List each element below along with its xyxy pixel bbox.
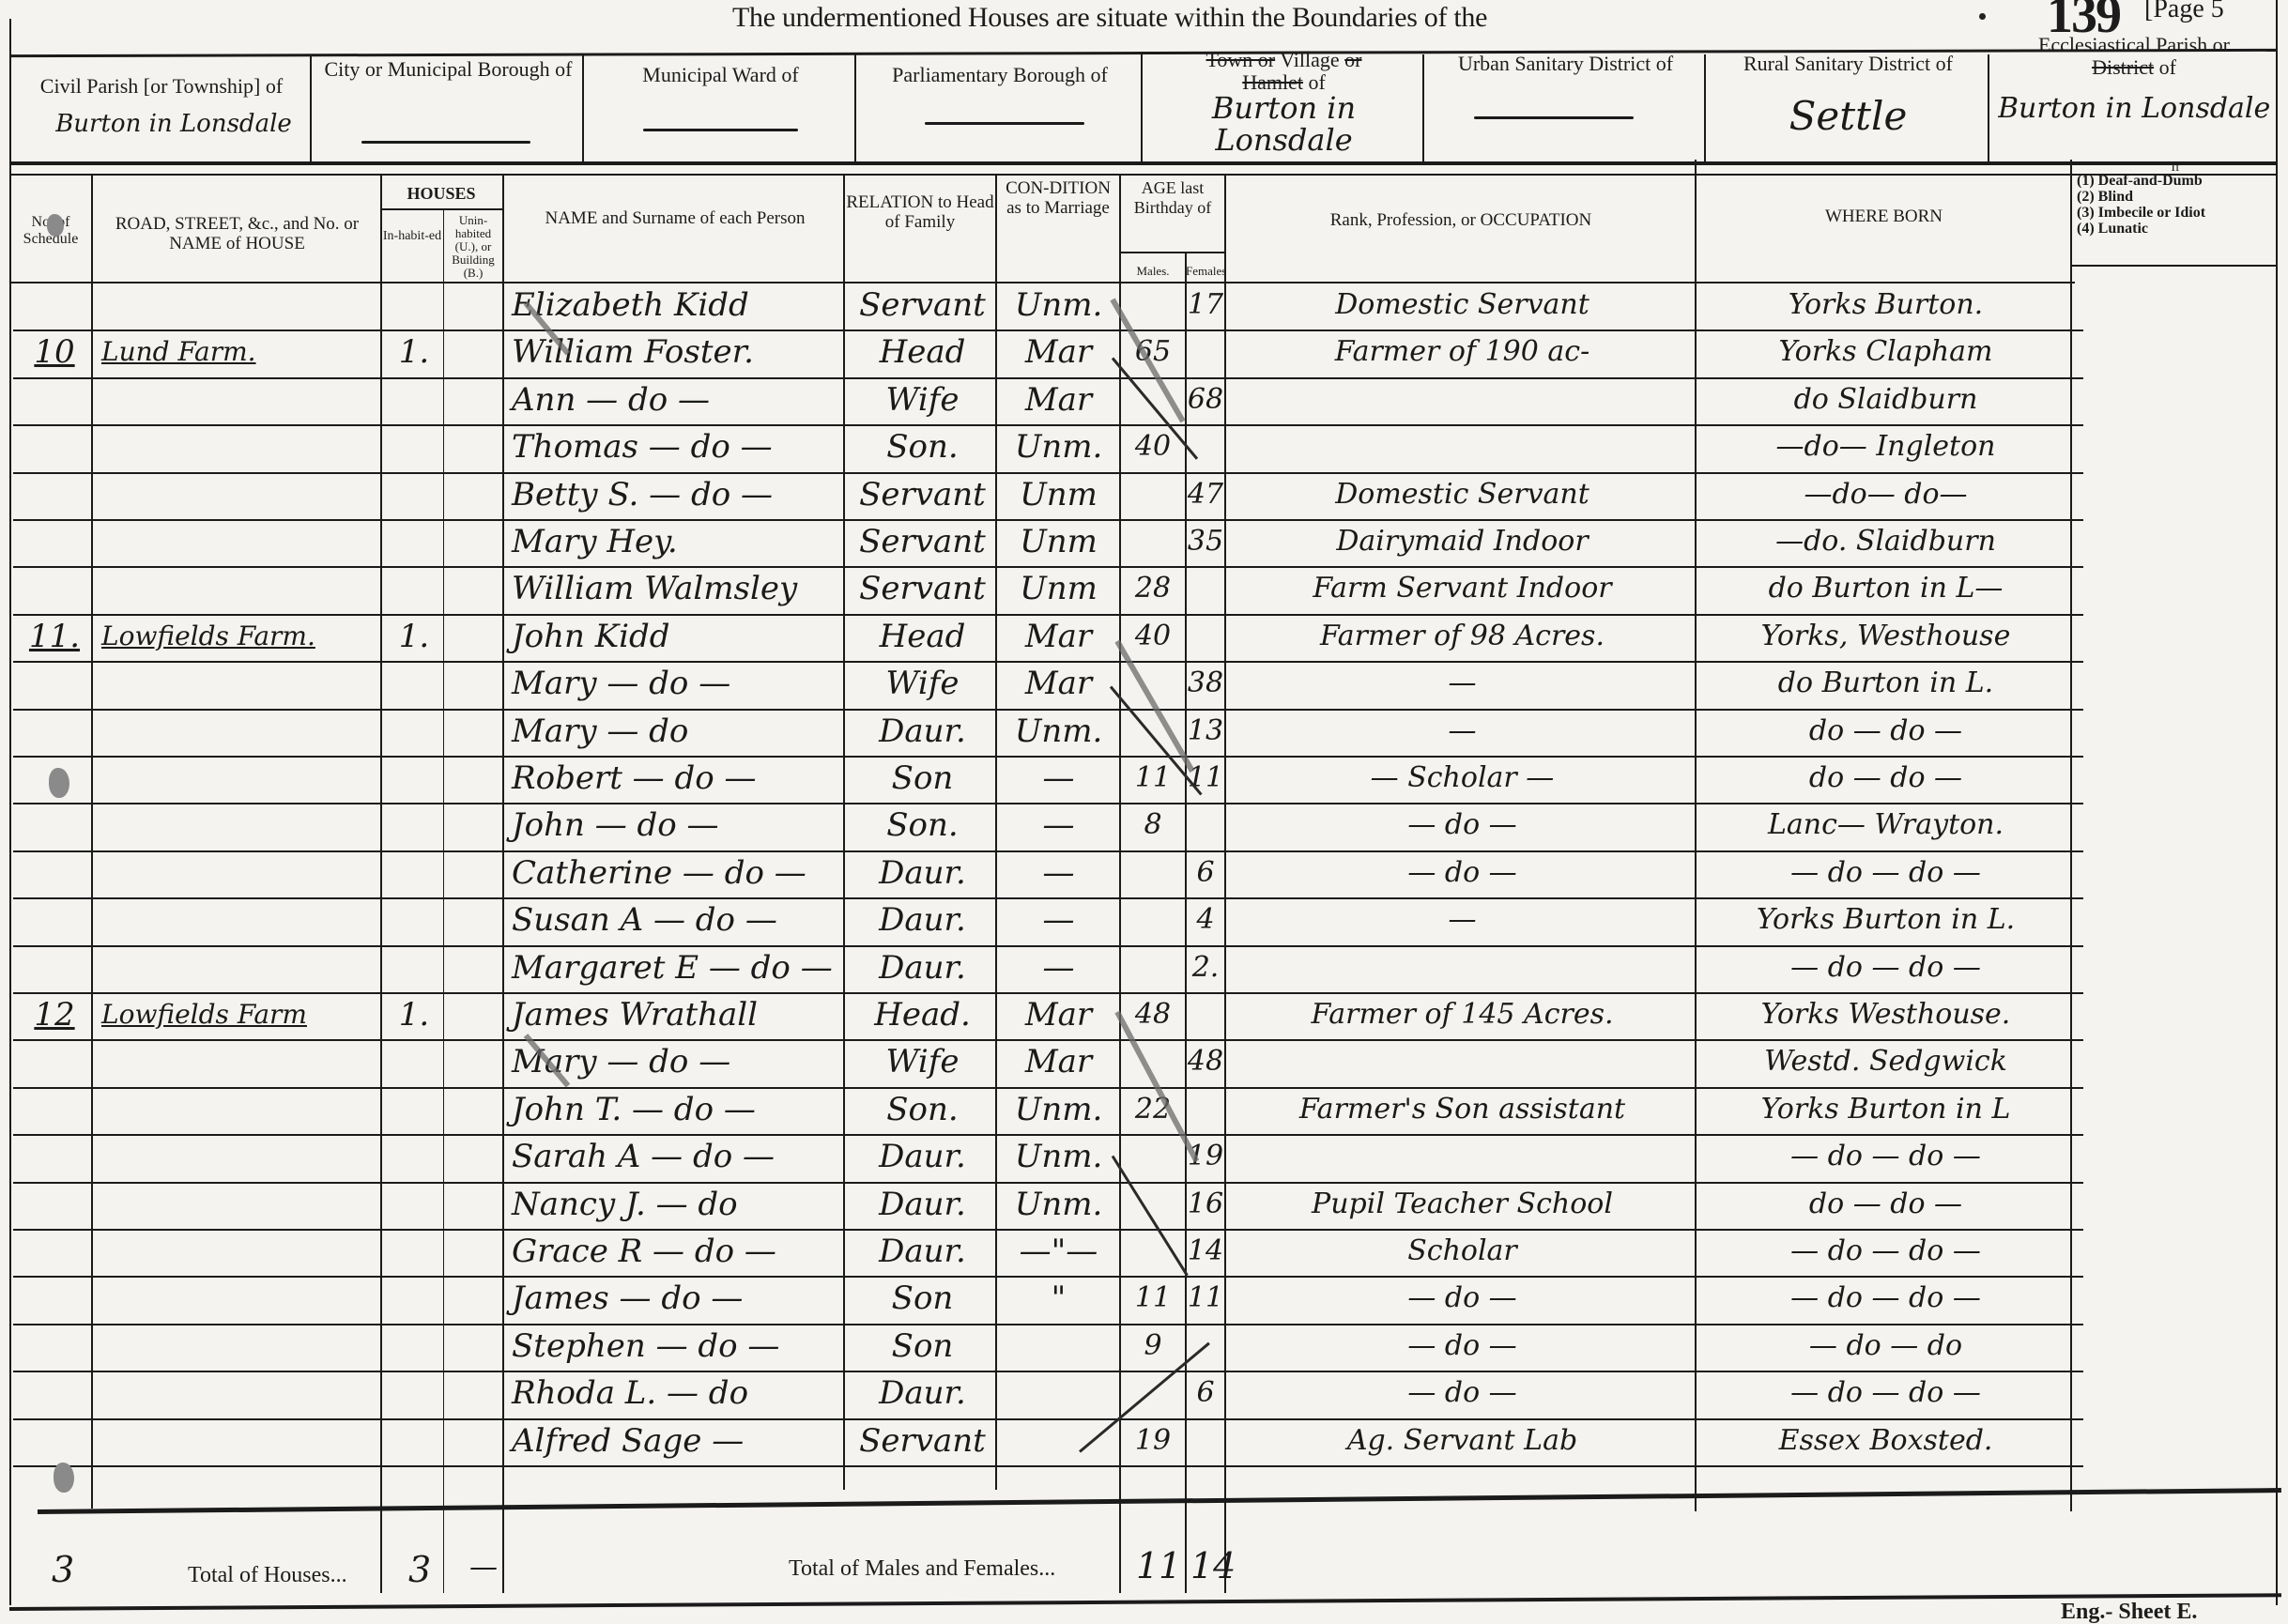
cell-condition: —"— (1000, 1234, 1117, 1268)
total-schedules: 3 (52, 1549, 74, 1590)
table-row: Sarah A — do —Daur.Unm.19— do — do — (0, 1138, 2288, 1175)
cell-male-age: 40 (1123, 620, 1183, 653)
header-bottom-rule (9, 282, 2075, 283)
census-sheet: The undermentioned Houses are situate wi… (0, 0, 2288, 1624)
cell-relation: Servant (850, 1424, 995, 1458)
row-rule (13, 519, 2083, 521)
cell-name: James — do — (512, 1281, 840, 1315)
col-header-road: ROAD, STREET, &c., and No. or NAME of HO… (94, 214, 380, 253)
table-row: Thomas — do —Son.Unm.40—do— Ingleton (0, 428, 2288, 466)
table-row: Stephen — do —Son9— do —— do — do (0, 1327, 2288, 1365)
header-top-rule (9, 174, 2276, 176)
col-header-name: NAME and Surname of each Person (507, 208, 843, 228)
cell-where-born: — do — do (1701, 1329, 2070, 1363)
row-rule (13, 1418, 2083, 1420)
row-rule (13, 424, 2083, 426)
col-header-infirmity: (1) Deaf-and-Dumb (2) Blind (3) Imbecile… (2077, 173, 2276, 237)
cell-condition: Mar (1000, 383, 1117, 417)
cell-relation: Son (850, 1281, 995, 1315)
cell-condition: Mar (1000, 666, 1117, 700)
municipal-ward-label: Municipal Ward of (587, 64, 854, 86)
infirmity-option: (1) Deaf-and-Dumb (2077, 173, 2276, 189)
cell-schedule: 12 (17, 998, 92, 1032)
table-row: Mary — doDaur.Unm.13—do — do — (0, 712, 2288, 750)
municipal-ward-value-dash (643, 129, 798, 131)
row-rule (13, 992, 2083, 994)
cell-male-age: 28 (1123, 572, 1183, 605)
row-rule (13, 803, 2083, 804)
cell-where-born: — do — do — (1701, 1140, 2070, 1173)
cell-occupation: Domestic Servant (1230, 478, 1695, 512)
cell-relation: Son. (850, 430, 995, 464)
ecclesiastical-parish-label: Ecclesiastical Parish orDistrict of (1992, 34, 2276, 79)
cell-where-born: Yorks, Westhouse (1701, 620, 2070, 653)
cell-condition: — (1000, 951, 1117, 985)
cell-occupation: — do — (1230, 808, 1695, 842)
table-row: Margaret E — do —Daur.—2.— do — do — (0, 949, 2288, 987)
rural-sanitary-value: Settle (1709, 98, 1988, 135)
cell-inhabited: 1. (387, 998, 441, 1032)
row-rule (13, 614, 2083, 616)
cell-occupation: Farmer of 145 Acres. (1230, 998, 1695, 1032)
cell-name: Thomas — do — (512, 430, 840, 464)
town-village-value: Burton in Lonsdale (1145, 92, 1422, 156)
row-rule (13, 1465, 2083, 1467)
row-rule (13, 329, 2083, 331)
district-divider (1422, 54, 1424, 162)
cell-relation: Head (850, 335, 995, 369)
row-rule (13, 1182, 2083, 1184)
totals-top-rule (38, 1488, 2281, 1514)
cell-name: Catherine — do — (512, 856, 840, 890)
row-rule (13, 1229, 2083, 1231)
cell-relation: Daur. (850, 714, 995, 748)
cell-occupation: — do — (1230, 1281, 1695, 1315)
cell-female-age: 35 (1187, 525, 1224, 559)
cell-relation: Wife (850, 383, 995, 417)
row-rule (13, 472, 2083, 474)
row-rule (13, 1134, 2083, 1136)
cell-occupation: Farmer's Son assistant (1230, 1093, 1695, 1126)
cell-relation: Wife (850, 1045, 995, 1079)
cell-female-age: 38 (1187, 666, 1224, 700)
ink-dot (1979, 13, 1986, 20)
cell-condition: Mar (1000, 1045, 1117, 1079)
cell-where-born: —do— Ingleton (1701, 430, 2070, 464)
sheet-bottom-rule (9, 1593, 2281, 1611)
table-row: Alfred Sage —Servant19Ag. Servant LabEss… (0, 1422, 2288, 1460)
cell-condition: Unm (1000, 478, 1117, 512)
civil-parish-value: Burton in Lonsdale (38, 105, 310, 143)
total-males: 11 (1136, 1545, 1181, 1586)
cell-relation: Head (850, 620, 995, 653)
cell-female-age: 2. (1187, 951, 1224, 985)
row-rule (13, 566, 2083, 568)
col-header-age: AGE last Birthday of (1121, 178, 1224, 218)
cell-condition: " (1000, 1281, 1117, 1315)
cell-where-born: Yorks Clapham (1701, 335, 2070, 369)
row-rule (13, 1039, 2083, 1041)
cell-relation: Daur. (850, 903, 995, 937)
cell-condition: Unm (1000, 572, 1117, 605)
row-rule (13, 661, 2083, 663)
cell-occupation: Domestic Servant (1230, 288, 1695, 322)
ink-blot (49, 768, 69, 798)
banner-text: The undermentioned Houses are situate wi… (732, 2, 1487, 34)
cell-occupation: — do — (1230, 856, 1695, 890)
table-row: Grace R — do —Daur.—"—14Scholar— do — do… (0, 1233, 2288, 1270)
cell-relation: Servant (850, 288, 995, 322)
cell-condition: Unm. (1000, 1140, 1117, 1173)
district-divider (582, 54, 584, 162)
cell-inhabited: 1. (387, 335, 441, 369)
district-bottom-rule (9, 161, 2276, 165)
sheet-footer: Eng.- Sheet E. (2061, 1600, 2197, 1624)
cell-relation: Servant (850, 572, 995, 605)
cell-relation: Daur. (850, 1187, 995, 1221)
cell-relation: Daur. (850, 951, 995, 985)
cell-name: Elizabeth Kidd (512, 288, 840, 322)
cell-condition: Unm. (1000, 1093, 1117, 1126)
cell-where-born: Yorks Burton in L. (1701, 903, 2070, 937)
col-header-houses: HOUSES (380, 184, 502, 204)
cell-name: Mary — do (512, 714, 840, 748)
cell-name: Robert — do — (512, 761, 840, 795)
infirmity-option: (2) Blind (2077, 189, 2276, 205)
cell-relation: Daur. (850, 1376, 995, 1410)
cell-relation: Head. (850, 998, 995, 1032)
col-header-uninhabited: Unin-habited (U.), or Building (B.) (444, 214, 502, 280)
cell-occupation: — do — (1230, 1376, 1695, 1410)
row-rule (13, 709, 2083, 711)
col-header-inhabited: In-habit-ed (381, 229, 443, 244)
col-header-where-born: WHERE BORN (1697, 207, 2070, 226)
col-header-occupation: Rank, Profession, or OCCUPATION (1226, 210, 1696, 230)
cell-name: Nancy J. — do (512, 1187, 840, 1221)
cell-male-age: 9 (1123, 1329, 1183, 1363)
row-rule (13, 1371, 2083, 1372)
infirmity-option: (4) Lunatic (2077, 221, 2276, 237)
cell-name: Betty S. — do — (512, 478, 840, 512)
cell-where-born: — do — do — (1701, 1234, 2070, 1268)
cell-where-born: do — do — (1701, 761, 2070, 795)
cell-schedule: 10 (17, 335, 92, 369)
cell-condition: — (1000, 903, 1117, 937)
houses-sub-rule (380, 208, 502, 210)
cell-relation: Servant (850, 525, 995, 559)
table-row: John T. — do —Son.Unm.22Farmer's Son ass… (0, 1091, 2288, 1128)
cell-where-born: do Burton in L— (1701, 572, 2070, 605)
cell-female-age: 47 (1187, 478, 1224, 512)
cell-name: Alfred Sage — (512, 1424, 840, 1458)
cell-where-born: do Slaidburn (1701, 383, 2070, 417)
row-rule (13, 756, 2083, 758)
cell-condition: Mar (1000, 998, 1117, 1032)
table-row: James — do —Son"1111— do —— do — do — (0, 1279, 2288, 1317)
cell-house: Lowfields Farm. (101, 620, 378, 653)
cell-female-age: 17 (1187, 288, 1224, 322)
table-row: Ann — do —WifeMar68do Slaidburn (0, 381, 2288, 419)
col-header-females: Females (1186, 265, 1224, 278)
cell-name: Susan A — do — (512, 903, 840, 937)
cell-relation: Son (850, 1329, 995, 1363)
cell-condition: — (1000, 761, 1117, 795)
cell-name: Margaret E — do — (512, 951, 840, 985)
cell-male-age: 48 (1123, 998, 1183, 1032)
table-row: William WalmsleyServantUnm28Farm Servant… (0, 570, 2288, 607)
cell-occupation: Scholar (1230, 1234, 1695, 1268)
rural-sanitary-label: Rural Sanitary District of (1709, 53, 1988, 75)
cell-occupation: Pupil Teacher School (1230, 1187, 1695, 1221)
cell-occupation: Ag. Servant Lab (1230, 1424, 1695, 1458)
row-rule (13, 1324, 2083, 1325)
row-rule (13, 1276, 2083, 1278)
cell-male-age: 8 (1123, 808, 1183, 842)
table-row: Elizabeth KiddServantUnm.17Domestic Serv… (0, 286, 2288, 324)
row-rule (13, 850, 2083, 852)
page-label: [Page 5 (2144, 0, 2224, 24)
cell-occupation: — (1230, 903, 1695, 937)
col-header-males: Males. (1121, 265, 1185, 278)
cell-male-age: 19 (1123, 1424, 1183, 1458)
cell-name: Mary — do — (512, 666, 840, 700)
table-row: Catherine — do —Daur.—6— do —— do — do — (0, 854, 2288, 892)
row-rule (13, 897, 2083, 899)
cell-female-age: 4 (1187, 903, 1224, 937)
district-divider (310, 54, 312, 162)
cell-where-born: Essex Boxsted. (1701, 1424, 2070, 1458)
cell-female-age: 6 (1187, 1376, 1224, 1410)
cell-where-born: — do — do — (1701, 856, 2070, 890)
cell-occupation: — Scholar — (1230, 761, 1695, 795)
urban-sanitary-value-dash (1474, 116, 1634, 119)
row-rule (13, 377, 2083, 379)
cell-where-born: — do — do — (1701, 1376, 2070, 1410)
infirmity-rule (2072, 265, 2276, 267)
cell-where-born: — do — do — (1701, 951, 2070, 985)
parliamentary-borough-label: Parliamentary Borough of (859, 64, 1141, 86)
cell-relation: Son (850, 761, 995, 795)
cell-where-born: Westd. Sedgwick (1701, 1045, 2070, 1079)
cell-name: Rhoda L. — do (512, 1376, 840, 1410)
cell-name: James Wrathall (512, 998, 840, 1032)
cell-where-born: Yorks Westhouse. (1701, 998, 2070, 1032)
cell-relation: Servant (850, 478, 995, 512)
cell-house: Lowfields Farm (101, 998, 378, 1032)
col-header-condition: CON-DITION as to Marriage (997, 178, 1119, 218)
city-borough-value-dash (361, 141, 530, 144)
table-row: 11.Lowfields Farm.1.John KiddHeadMar40Fa… (0, 618, 2288, 655)
district-divider (1704, 54, 1706, 162)
cell-occupation: Dairymaid Indoor (1230, 525, 1695, 559)
civil-parish-label: Civil Parish [or Township] of (13, 75, 310, 98)
cell-relation: Daur. (850, 856, 995, 890)
ink-blot (47, 214, 64, 237)
cell-where-born: —do. Slaidburn (1701, 525, 2070, 559)
total-houses-label: Total of Houses... (188, 1563, 347, 1588)
table-row: John — do —Son.—8— do —Lanc— Wrayton. (0, 806, 2288, 844)
cell-where-born: do — do — (1701, 1187, 2070, 1221)
cell-name: William Walmsley (512, 572, 840, 605)
cell-occupation: Farmer of 98 Acres. (1230, 620, 1695, 653)
cell-relation: Wife (850, 666, 995, 700)
cell-name: Ann — do — (512, 383, 840, 417)
col-header-relation: RELATION to Head of Family (845, 192, 995, 232)
district-divider (1141, 54, 1143, 162)
city-borough-label: City or Municipal Borough of (315, 58, 582, 81)
cell-relation: Daur. (850, 1234, 995, 1268)
cell-name: Sarah A — do — (512, 1140, 840, 1173)
cell-condition: Unm. (1000, 288, 1117, 322)
infirmity-option: (3) Imbecile or Idiot (2077, 205, 2276, 221)
cell-condition: — (1000, 856, 1117, 890)
cell-condition: Mar (1000, 620, 1117, 653)
cell-male-age: 11 (1123, 1281, 1183, 1315)
cell-where-born: do Burton in L. (1701, 666, 2070, 700)
cell-female-age: 16 (1187, 1187, 1224, 1221)
cell-condition: Unm. (1000, 1187, 1117, 1221)
cell-female-age: 68 (1187, 383, 1224, 417)
cell-inhabited: 1. (387, 620, 441, 653)
cell-where-born: Lanc— Wrayton. (1701, 808, 2070, 842)
cell-occupation: — (1230, 714, 1695, 748)
table-row: Rhoda L. — doDaur.6— do —— do — do — (0, 1374, 2288, 1412)
cell-where-born: do — do — (1701, 714, 2070, 748)
cell-occupation: Farm Servant Indoor (1230, 572, 1695, 605)
table-row: Mary Hey.ServantUnm35Dairymaid Indoor—do… (0, 523, 2288, 560)
cell-condition: Unm. (1000, 430, 1117, 464)
cell-female-age: 13 (1187, 714, 1224, 748)
table-row: Betty S. — do —ServantUnm47Domestic Serv… (0, 476, 2288, 513)
row-rule (13, 945, 2083, 947)
town-village-label: Town or Village orHamlet of (1145, 49, 1422, 94)
cell-schedule: 11. (17, 620, 92, 653)
cell-relation: Son. (850, 808, 995, 842)
cell-female-age: 11 (1187, 1281, 1224, 1315)
cell-where-born: Yorks Burton in L (1701, 1093, 2070, 1126)
cell-name: John Kidd (512, 620, 840, 653)
cell-name: John — do — (512, 808, 840, 842)
cell-where-born: — do — do — (1701, 1281, 2070, 1315)
cell-occupation: Farmer of 190 ac- (1230, 335, 1695, 369)
total-females: 14 (1190, 1545, 1236, 1586)
cell-name: Mary Hey. (512, 525, 840, 559)
total-inhabited: 3 (408, 1549, 431, 1590)
total-uninhabited: — (469, 1551, 498, 1584)
cell-condition: Unm (1000, 525, 1117, 559)
age-sub-rule (1119, 252, 1224, 253)
ecclesiastical-parish-value: Burton in Lonsdale (1998, 90, 2280, 128)
cell-where-born: —do— do— (1701, 478, 2070, 512)
cell-name: Stephen — do — (512, 1329, 840, 1363)
cell-relation: Daur. (850, 1140, 995, 1173)
cell-relation: Son. (850, 1093, 995, 1126)
parliamentary-borough-value-dash (925, 122, 1084, 125)
cell-name: John T. — do — (512, 1093, 840, 1126)
cell-name: Grace R — do — (512, 1234, 840, 1268)
cell-where-born: Yorks Burton. (1701, 288, 2070, 322)
cell-condition: Unm. (1000, 714, 1117, 748)
total-persons-label: Total of Males and Females... (789, 1556, 1055, 1582)
cell-occupation: — do — (1230, 1329, 1695, 1363)
table-row: 12Lowfields Farm1.James WrathallHead.Mar… (0, 996, 2288, 1034)
cell-house: Lund Farm. (101, 335, 378, 369)
ink-blot (54, 1463, 74, 1493)
table-row: Susan A — do —Daur.—4—Yorks Burton in L. (0, 901, 2288, 939)
row-rule (13, 1087, 2083, 1089)
cell-condition: Mar (1000, 335, 1117, 369)
cell-condition: — (1000, 808, 1117, 842)
district-divider (854, 54, 856, 162)
cell-female-age: 14 (1187, 1234, 1224, 1268)
cell-female-age: 48 (1187, 1045, 1224, 1079)
district-divider (1988, 54, 1989, 162)
cell-male-age: 11 (1123, 761, 1183, 795)
cell-occupation: — (1230, 666, 1695, 700)
urban-sanitary-label: Urban Sanitary District of (1427, 53, 1704, 75)
table-row: Robert — do —Son—1111— Scholar —do — do … (0, 759, 2288, 797)
cell-female-age: 6 (1187, 856, 1224, 890)
cell-male-age: 40 (1123, 430, 1183, 464)
